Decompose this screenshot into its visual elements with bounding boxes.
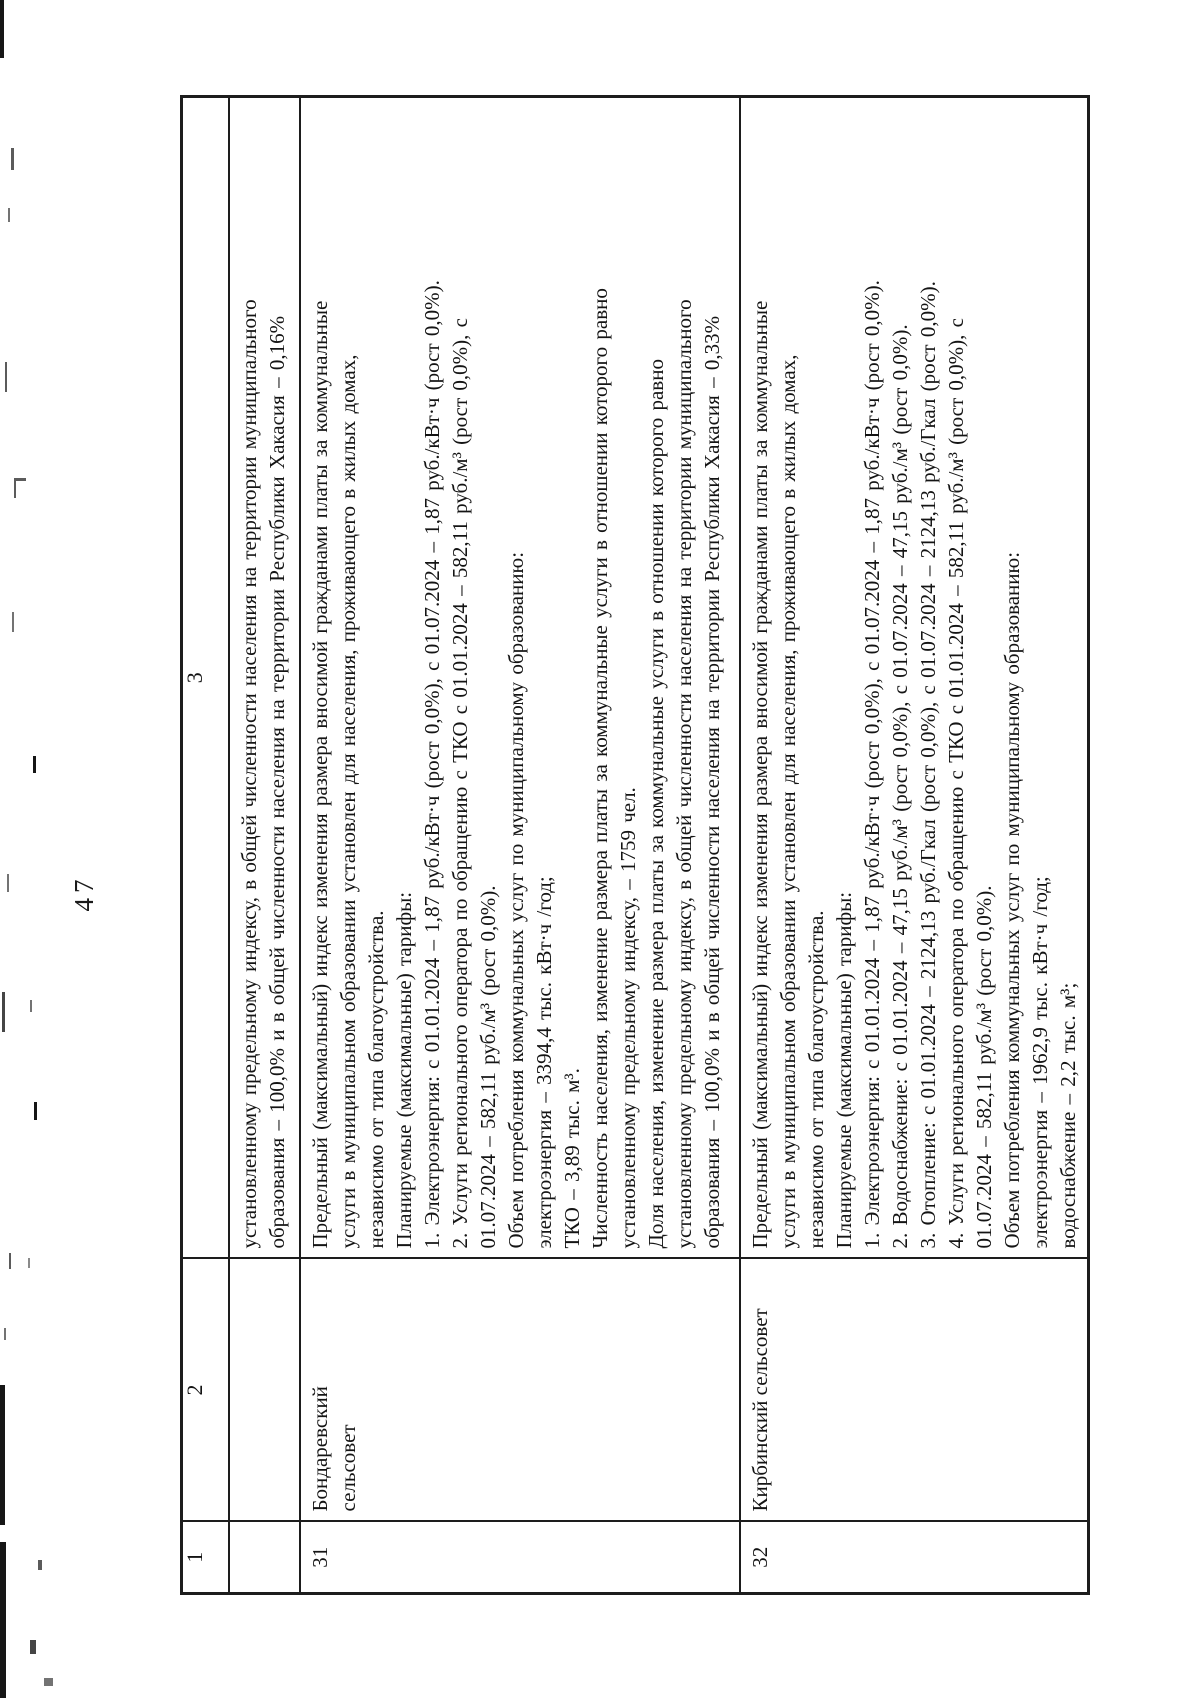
- settlement-name-cell: [229, 1259, 300, 1522]
- row-number-cell: [229, 1522, 300, 1594]
- page-sheet: 47 1 2 3 установленному преде: [0, 0, 1200, 1698]
- header-cell-3: 3: [182, 97, 230, 1259]
- details-cell: Предельный (максимальный) индекс изменен…: [300, 97, 740, 1259]
- scan-artifact: [28, 1258, 30, 1268]
- settlement-name-cell: Бондаревский сельсовет: [300, 1259, 740, 1522]
- scan-artifact: [44, 1678, 53, 1686]
- details-cell: Предельный (максимальный) индекс изменен…: [740, 97, 1089, 1259]
- scan-artifact: [12, 612, 14, 632]
- scan-artifact: [2, 992, 5, 1032]
- header-cell-1: 1: [182, 1522, 230, 1594]
- settlement-name-cell: Кирбинский сельсовет: [740, 1259, 1089, 1522]
- row-number-cell: 31: [300, 1522, 740, 1594]
- tariff-table: 1 2 3 установленному предельному индексу…: [180, 95, 1090, 1595]
- page-number: 47: [70, 88, 98, 1698]
- table-header-row: 1 2 3: [182, 97, 230, 1594]
- continuation-row: установленному предельному индексу, в об…: [229, 97, 300, 1594]
- row-number-cell: 32: [740, 1522, 1089, 1594]
- scan-artifact: [0, 1385, 5, 1525]
- scan-artifact: [30, 1000, 32, 1012]
- scan-artifact: [14, 481, 16, 498]
- scan-artifact: [0, 0, 4, 58]
- scan-artifact: [38, 1560, 42, 1570]
- scan-artifact: [5, 362, 7, 392]
- scan-artifact: [9, 1253, 11, 1269]
- scan-artifact: [33, 756, 36, 773]
- scan-artifact: [4, 1328, 6, 1340]
- scanned-page: 47 1 2 3 установленному преде: [0, 0, 1200, 1698]
- scan-artifact: [7, 874, 9, 892]
- row-32: 32 Кирбинский сельсовет Предельный (макс…: [740, 97, 1089, 1594]
- scan-artifact: [30, 1640, 36, 1654]
- scan-artifact: [8, 208, 10, 222]
- header-cell-2: 2: [182, 1259, 230, 1522]
- scan-artifact: [11, 148, 14, 170]
- scan-artifact: [0, 1542, 6, 1698]
- scan-artifact: [34, 1102, 37, 1120]
- row-31: 31 Бондаревский сельсовет Предельный (ма…: [300, 97, 740, 1594]
- details-cell: установленному предельному индексу, в об…: [229, 97, 300, 1259]
